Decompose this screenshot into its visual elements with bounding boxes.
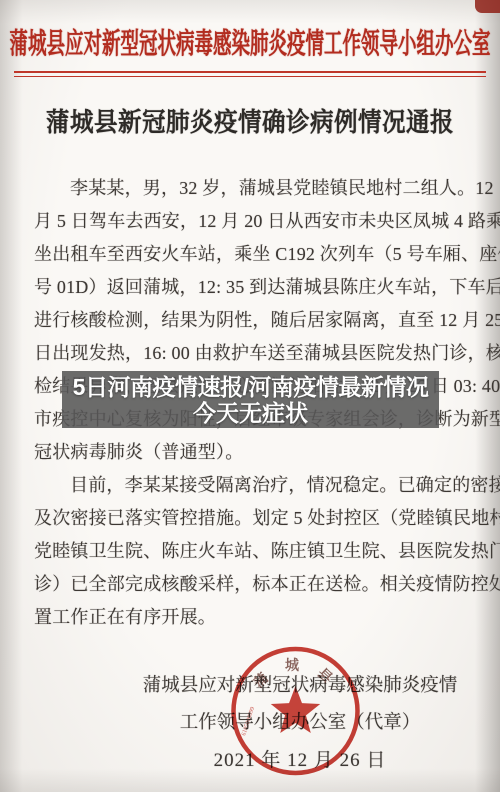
body-line: 进行核酸检测，结果为阴性，随后居家隔离，直至 12 月 25 (34, 302, 470, 335)
body-line: 党睦镇卫生院、陈庄火车站、陈庄镇卫生院、县医院发热门 (34, 533, 470, 566)
document-title: 蒲城县新冠肺炎疫情确诊病例情况通报 (0, 101, 500, 139)
body-line: 及次密接已落实管控措施。划定 5 处封控区（党睦镇民地村、 (34, 500, 470, 533)
seal-serial: 6105000099 (241, 706, 256, 736)
body-line: 月 5 日驾车去西安，12 月 20 日从西安市未央区凤城 4 路乘 (34, 203, 470, 236)
body-line: 李某某，男，32 岁，蒲城县党睦镇民地村二组人。12 (34, 170, 470, 203)
body-line: 号 01D）返回蒲城，12: 35 到达蒲城县陈庄火车站，下车后 (34, 269, 470, 302)
body-line: 诊）已全部完成核酸采样，标本正在送检。相关疫情防控处 (34, 566, 470, 599)
caption-line-1: 5日河南疫情速报/河南疫情最新情况 (73, 374, 429, 400)
org-header-title: 蒲城县应对新型冠状病毒感染肺炎疫情工作领导小组办公室 (0, 22, 500, 62)
corner-watermark (475, 0, 500, 13)
body-line: 日出现发热，16: 00 由救护车送至蒲城县医院发热门诊，核 (34, 335, 470, 368)
body-line: 坐出租车至西安火车站，乘坐 C192 次列车（5 号车厢、座位 (34, 236, 470, 269)
photo-document: 蒲城县应对新型冠状病毒感染肺炎疫情工作领导小组办公室 蒲城县新冠肺炎疫情确诊病例… (0, 0, 500, 792)
body-line: 置工作正在有序开展。 (34, 599, 470, 632)
official-seal-icon: 蒲 城 县 6105000099 (229, 644, 363, 778)
seal-star (271, 686, 320, 733)
seal-arc-text: 蒲 城 县 (250, 657, 340, 691)
news-caption-overlay: 5日河南疫情速报/河南疫情最新情况 今天无症状 (62, 371, 439, 428)
caption-line-2: 今天无症状 (193, 400, 308, 426)
double-rule-divider (14, 71, 486, 77)
body-line: 冠状病毒肺炎（普通型）。 (34, 434, 470, 467)
body-line: 目前，李某某接受隔离治疗，情况稳定。已确定的密接 (34, 467, 470, 500)
